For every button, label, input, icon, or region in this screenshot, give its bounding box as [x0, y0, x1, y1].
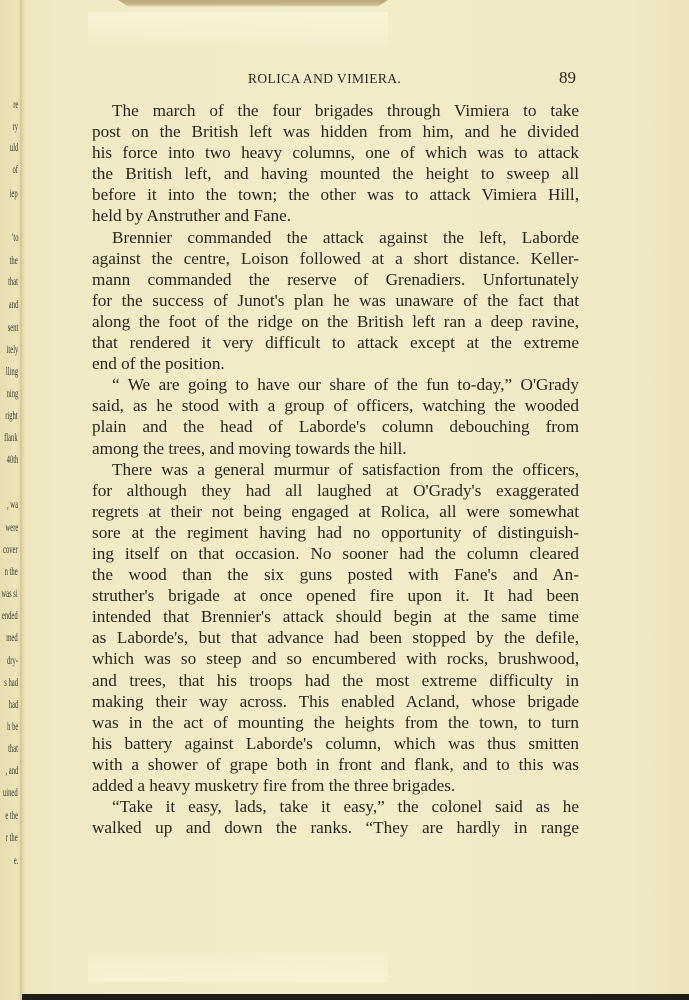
facing-page-fragment: e. [13, 853, 18, 868]
text-line: for the success of Junot's plan he was u… [92, 290, 579, 311]
text-line: regrets at their not being engaged at Ro… [92, 501, 579, 522]
facing-page-fragment: re [13, 97, 18, 112]
facing-page-fragment: uined [3, 785, 18, 800]
text-line: before it into the town; the other was t… [92, 184, 579, 205]
text-line: as Laborde's, but that advance had been … [92, 627, 579, 648]
scan-light-band-top [88, 12, 388, 44]
text-line: post on the British left was hidden from… [92, 121, 579, 142]
facing-page-fragment: the [10, 253, 18, 268]
facing-page-fragment: had [8, 697, 18, 712]
facing-page-fragment: were [5, 520, 18, 535]
facing-page-fragment: h be [7, 719, 18, 734]
text-line: ing itself on that occasion. No sooner h… [92, 543, 579, 564]
text-line: against the centre, Loison followed at a… [92, 248, 579, 269]
text-line: struther's brigade at once opened fire u… [92, 585, 579, 606]
facing-page-fragment: sent [7, 320, 18, 335]
facing-page-fragment: med [7, 630, 18, 645]
text-line: the wood than the six guns posted with F… [92, 564, 579, 585]
text-line: There was a general murmur of satisfacti… [92, 459, 579, 480]
facing-page-fragment: 40th [6, 452, 18, 467]
text-line: and trees, that his troops had the most … [92, 670, 579, 691]
scan-light-band-bottom [88, 952, 388, 982]
facing-page-fragment: that [8, 274, 18, 289]
facing-page-fragment: itely [6, 342, 18, 357]
text-line: for although they had all laughed at O'G… [92, 480, 579, 501]
gutter-shadow [20, 0, 26, 1000]
text-line: Brennier commanded the attack against th… [92, 227, 579, 248]
facing-page-fragment: iep [10, 186, 18, 201]
facing-page-fragment: uld [10, 140, 18, 155]
text-line: held by Anstruther and Fane. [92, 205, 579, 226]
facing-page-fragment: ended [2, 608, 18, 623]
facing-page-fragment: flank [4, 430, 18, 445]
facing-page-fragment: 'to [12, 230, 18, 245]
text-line: “ We are going to have our share of the … [92, 374, 579, 395]
text-line: was in the act of mounting the heights f… [92, 712, 579, 733]
text-line: which was so steep and so encumbered wit… [92, 648, 579, 669]
text-line: mann commanded the reserve of Grenadiers… [92, 269, 579, 290]
facing-page-fragment: e the [5, 808, 18, 823]
text-line: among the trees, and moving towards the … [92, 438, 579, 459]
scan-top-edge-artifact [118, 0, 388, 7]
facing-page-fragment: dry- [7, 653, 18, 668]
text-line: his force into two heavy columns, one of… [92, 142, 579, 163]
facing-page-fragment: of [13, 162, 19, 177]
text-line: end of the position. [92, 353, 579, 374]
facing-page-fragment: right [6, 408, 18, 423]
facing-page-fragment: r the [6, 830, 18, 845]
facing-page-fragment: s had [4, 675, 18, 690]
facing-page-text-fragments: reryuldofiep'tothethatandsentitelyllingn… [0, 0, 20, 1000]
text-line: added a heavy musketry fire from the thr… [92, 775, 579, 796]
text-line: with a shower of grape both in front and… [92, 754, 579, 775]
facing-page-fragment: cover [3, 542, 18, 557]
text-line: intended that Brennier's attack should b… [92, 606, 579, 627]
text-line: The march of the four brigades through V… [92, 100, 579, 121]
text-line: sore at the regiment having had no oppor… [92, 522, 579, 543]
text-line: his battery against Laborde's column, wh… [92, 733, 579, 754]
scan-bottom-edge [22, 994, 689, 1000]
text-line: that rendered it very difficult to attac… [92, 332, 579, 353]
facing-page-fragment: ry [13, 119, 19, 134]
running-header-title: ROLICA AND VIMIERA. [248, 71, 401, 87]
facing-page-fragment: was si [2, 586, 18, 601]
text-line: the British left, and having mounted the… [92, 163, 579, 184]
facing-page-fragment: lling [6, 364, 18, 379]
facing-page-fragment: and [8, 297, 18, 312]
text-line: along the foot of the ridge on the Briti… [92, 311, 579, 332]
text-line: said, as he stood with a group of office… [92, 395, 579, 416]
facing-page-fragment: , wa [7, 497, 18, 512]
text-line: making their way across. This enabled Ac… [92, 691, 579, 712]
facing-page-fragment: n the [5, 564, 18, 579]
text-line: plain and the head of Laborde's column d… [92, 416, 579, 437]
facing-page-fragment: ning [6, 386, 18, 401]
text-line: walked up and down the ranks. “They are … [92, 817, 579, 838]
facing-page-fragment: , and [5, 763, 18, 778]
facing-page-fragment: that [8, 741, 18, 756]
book-page: reryuldofiep'tothethatandsentitelyllingn… [0, 0, 689, 1000]
body-text: The march of the four brigades through V… [92, 100, 579, 838]
text-line: “Take it easy, lads, take it easy,” the … [92, 796, 579, 817]
page-number: 89 [559, 68, 576, 88]
